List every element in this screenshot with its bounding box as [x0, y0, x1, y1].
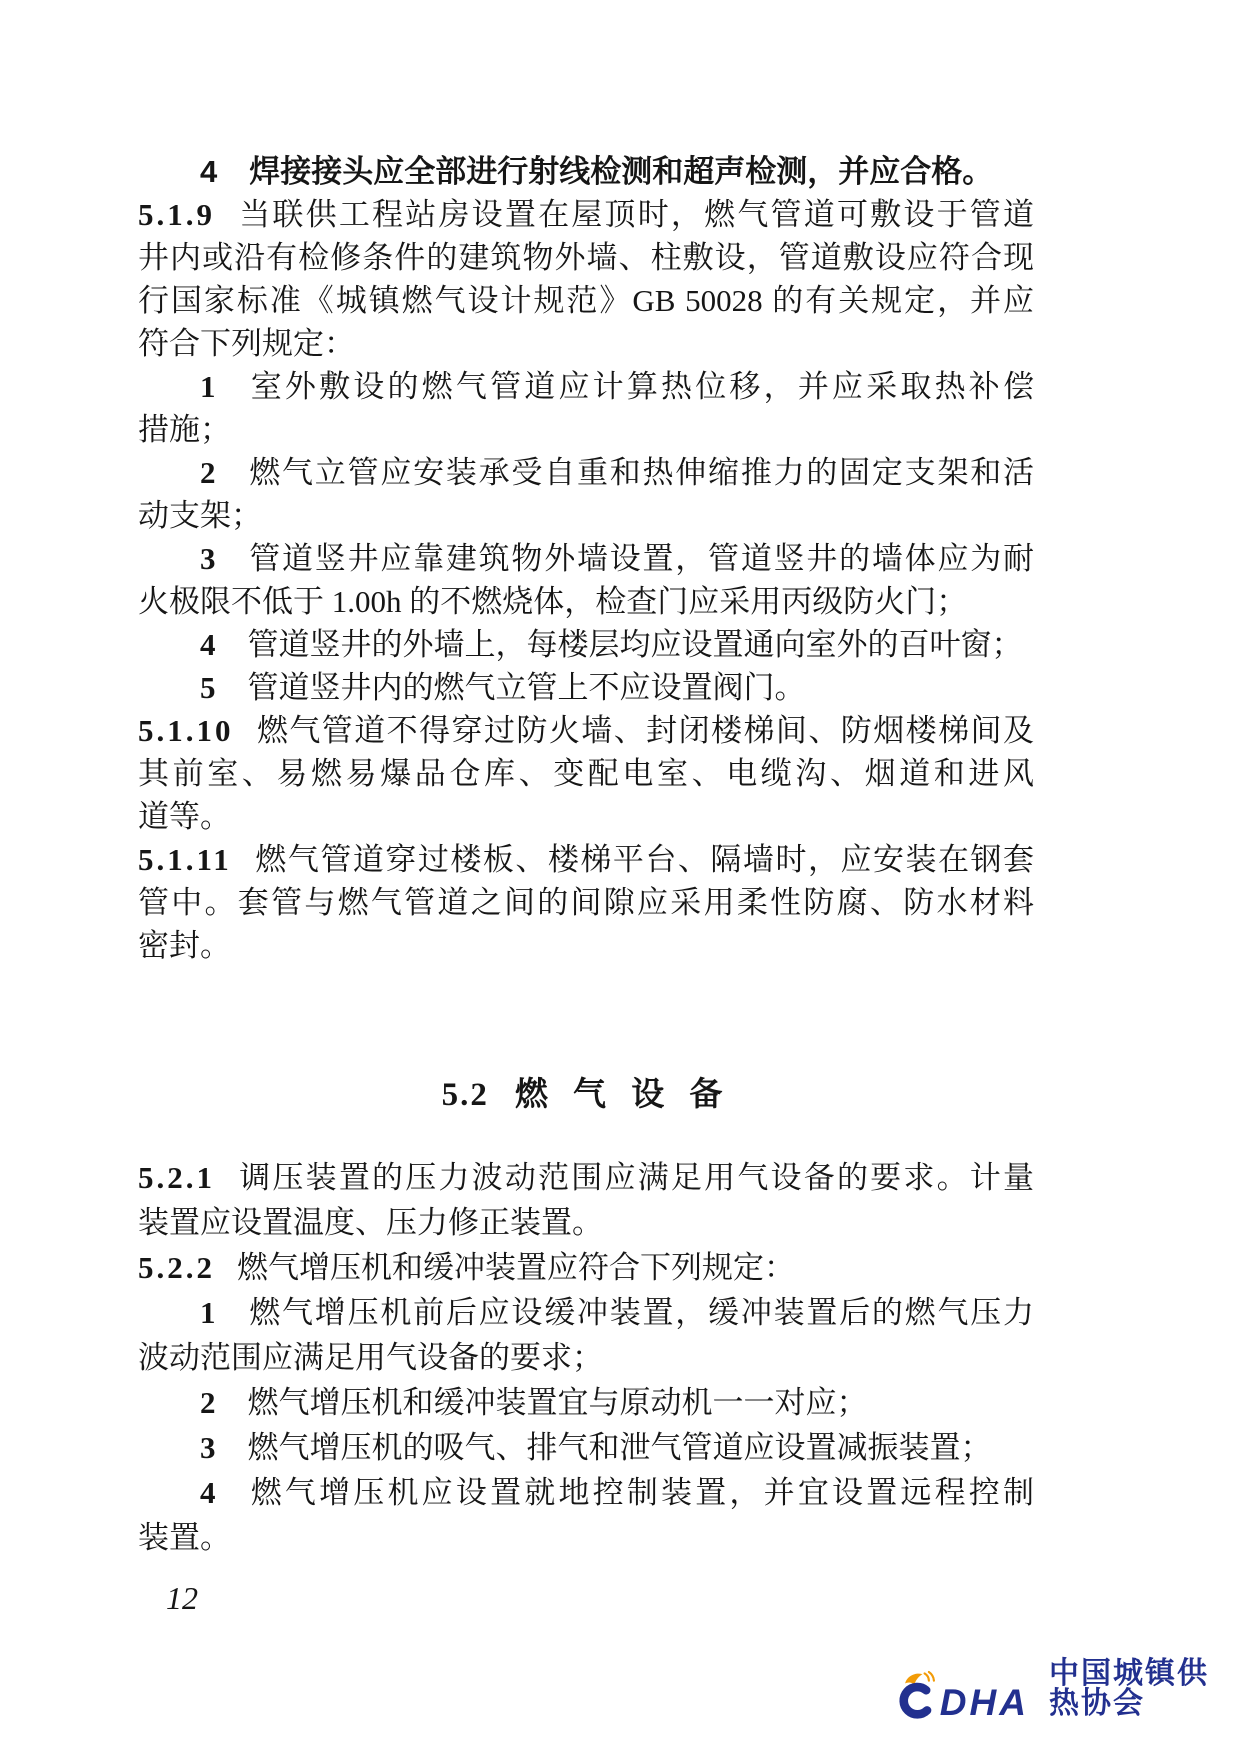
text-line: 3管道竖井应靠建筑物外墙设置，管道竖井的墙体应为耐 [138, 537, 1034, 580]
text-line: 4燃气增压机应设置就地控制装置，并宜设置远程控制 [138, 1470, 1034, 1515]
text-line: 装置。 [138, 1515, 1034, 1560]
line-text: 井内或沿有检修条件的建筑物外墙、柱敷设，管道敷设应符合现 [138, 240, 1034, 275]
text-line: 行国家标准《城镇燃气设计规范》GB 50028 的有关规定，并应 [138, 279, 1034, 322]
cdha-logo-icon [898, 1662, 937, 1728]
line-text: 当联供工程站房设置在屋顶时，燃气管道可敷设于管道 [237, 197, 1034, 232]
logo-org-name: 中国城镇供热协会 [1049, 1659, 1240, 1719]
text-line: 4焊接接头应全部进行射线检测和超声检测，并应合格。 [138, 150, 1034, 193]
section-number: 5.2 [442, 1077, 489, 1113]
line-text: 管道竖井应靠建筑物外墙设置，管道竖井的墙体应为耐 [248, 541, 1035, 576]
line-text: 燃气增压机前后应设缓冲装置，缓冲装置后的燃气压力 [248, 1295, 1035, 1330]
text-line: 3燃气增压机的吸气、排气和泄气管道应设置减振装置； [138, 1425, 1034, 1470]
text-line: 密封。 [138, 924, 1034, 967]
page-number: 12 [166, 1580, 198, 1617]
line-text: 室外敷设的燃气管道应计算热位移，并应采取热补偿 [248, 369, 1035, 404]
clause-number: 5.2.1 [138, 1160, 215, 1195]
section-title: 燃 气 设 备 [515, 1075, 731, 1112]
line-text: 燃气管道穿过楼板、楼梯平台、隔墙时，应安装在钢套 [254, 842, 1034, 877]
clause-number: 5.1.11 [138, 842, 232, 877]
line-text: 调压装置的压力波动范围应满足用气设备的要求。计量 [237, 1160, 1034, 1195]
line-text: 波动范围应满足用气设备的要求； [138, 1340, 603, 1375]
text-line: 5.1.11燃气管道穿过楼板、楼梯平台、隔墙时，应安装在钢套 [138, 838, 1034, 881]
line-text: 措施； [138, 412, 231, 447]
text-line: 1室外敷设的燃气管道应计算热位移，并应采取热补偿 [138, 365, 1034, 408]
line-text: 燃气增压机应设置就地控制装置，并宜设置远程控制 [248, 1475, 1035, 1510]
line-text: 燃气增压机和缓冲装置应符合下列规定： [237, 1250, 795, 1285]
text-line: 5.2.2燃气增压机和缓冲装置应符合下列规定： [138, 1245, 1034, 1290]
text-line: 措施； [138, 408, 1034, 451]
text-line: 4管道竖井的外墙上，每楼层均应设置通向室外的百叶窗； [138, 623, 1034, 666]
line-text: 行国家标准《城镇燃气设计规范》GB 50028 的有关规定，并应 [138, 283, 1034, 318]
line-text: 装置。 [138, 1520, 231, 1555]
line-text: 焊接接头应全部进行射线检测和超声检测，并应合格。 [249, 154, 993, 189]
text-line: 装置应设置温度、压力修正装置。 [138, 1200, 1034, 1245]
item-number: 5 [200, 670, 216, 705]
line-text: 管中。套管与燃气管道之间的间隙应采用柔性防腐、防水材料 [138, 885, 1034, 920]
text-line: 5管道竖井内的燃气立管上不应设置阀门。 [138, 666, 1034, 709]
item-number: 4 [200, 154, 217, 189]
text-line: 波动范围应满足用气设备的要求； [138, 1335, 1034, 1380]
text-line: 动支架； [138, 494, 1034, 537]
text-line: 管中。套管与燃气管道之间的间隙应采用柔性防腐、防水材料 [138, 881, 1034, 924]
line-text: 装置应设置温度、压力修正装置。 [138, 1205, 603, 1240]
line-text: 符合下列规定： [138, 326, 355, 361]
section-heading: 5.2燃 气 设 备 [138, 1072, 1034, 1117]
text-line: 1燃气增压机前后应设缓冲装置，缓冲装置后的燃气压力 [138, 1290, 1034, 1335]
item-number: 4 [200, 627, 216, 662]
text-line: 5.1.10燃气管道不得穿过防火墙、封闭楼梯间、防烟楼梯间及 [138, 709, 1034, 752]
text-line: 2燃气增压机和缓冲装置宜与原动机一一对应； [138, 1380, 1034, 1425]
item-number: 2 [200, 1385, 216, 1420]
item-number: 4 [200, 1475, 216, 1510]
document-body: 4焊接接头应全部进行射线检测和超声检测，并应合格。5.1.9当联供工程站房设置在… [138, 150, 1034, 1560]
line-text: 燃气增压机和缓冲装置宜与原动机一一对应； [248, 1385, 868, 1420]
item-number: 3 [200, 541, 216, 576]
text-line: 道等。 [138, 795, 1034, 838]
line-text: 其前室、易燃易爆品仓库、变配电室、电缆沟、烟道和进风 [138, 756, 1034, 791]
line-text: 管道竖井内的燃气立管上不应设置阀门。 [248, 670, 806, 705]
text-line: 2燃气立管应安装承受自重和热伸缩推力的固定支架和活 [138, 451, 1034, 494]
item-number: 1 [200, 369, 216, 404]
document-page: 4焊接接头应全部进行射线检测和超声检测，并应合格。5.1.9当联供工程站房设置在… [0, 0, 1240, 1754]
text-line: 5.1.9当联供工程站房设置在屋顶时，燃气管道可敷设于管道 [138, 193, 1034, 236]
line-text: 动支架； [138, 498, 262, 533]
association-logo: DHA 中国城镇供热协会 [898, 1660, 1240, 1728]
text-line: 符合下列规定： [138, 322, 1034, 365]
text-line: 5.2.1调压装置的压力波动范围应满足用气设备的要求。计量 [138, 1155, 1034, 1200]
text-line: 火极限不低于 1.00h 的不燃烧体，检查门应采用丙级防火门； [138, 580, 1034, 623]
line-text: 管道竖井的外墙上，每楼层均应设置通向室外的百叶窗； [248, 627, 1023, 662]
line-text: 火极限不低于 1.00h 的不燃烧体，检查门应采用丙级防火门； [138, 584, 967, 619]
clause-number: 5.1.9 [138, 197, 215, 232]
text-line: 其前室、易燃易爆品仓库、变配电室、电缆沟、烟道和进风 [138, 752, 1034, 795]
line-text: 燃气管道不得穿过防火墙、封闭楼梯间、防烟楼梯间及 [256, 713, 1035, 748]
item-number: 3 [200, 1430, 216, 1465]
clause-number: 5.2.2 [138, 1250, 215, 1285]
logo-abbr-text: DHA [940, 1684, 1029, 1721]
clause-number: 5.1.10 [138, 713, 234, 748]
item-number: 1 [200, 1295, 216, 1330]
item-number: 2 [200, 455, 216, 490]
line-text: 燃气立管应安装承受自重和热伸缩推力的固定支架和活 [248, 455, 1035, 490]
line-text: 燃气增压机的吸气、排气和泄气管道应设置减振装置； [248, 1430, 992, 1465]
line-text: 密封。 [138, 928, 231, 963]
text-line: 井内或沿有检修条件的建筑物外墙、柱敷设，管道敷设应符合现 [138, 236, 1034, 279]
line-text: 道等。 [138, 799, 231, 834]
